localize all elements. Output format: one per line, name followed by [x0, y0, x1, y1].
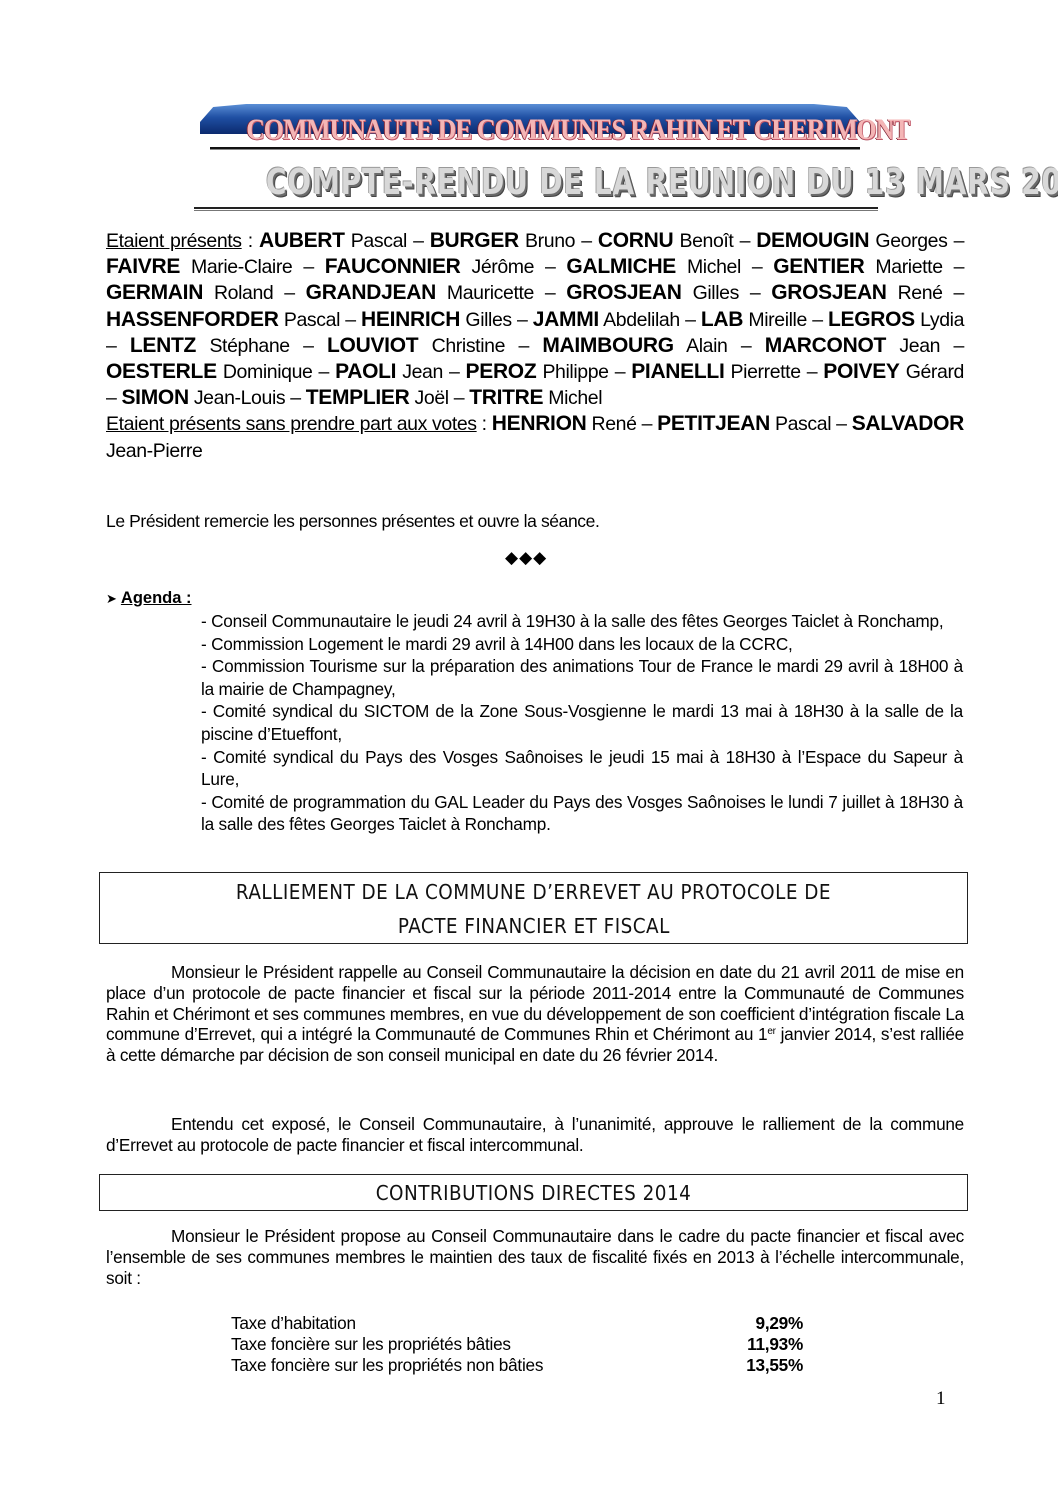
present-list: Etaient présents : AUBERT Pascal – BURGE…	[106, 230, 964, 409]
agenda-item: - Conseil Communautaire le jeudi 24 avri…	[201, 610, 963, 633]
banner-rule	[210, 147, 860, 150]
paragraph-text: Entendu cet exposé, le Conseil Communaut…	[106, 1114, 964, 1155]
organization-name: COMMUNAUTE DE COMMUNES RAHIN ET CHERIMON…	[246, 114, 814, 146]
paragraph-ralliement-context: Monsieur le Président rappelle au Consei…	[106, 962, 964, 1066]
paragraph-text: Monsieur le Président propose au Conseil…	[106, 1226, 964, 1288]
paragraph-contributions: Monsieur le Président propose au Conseil…	[106, 1226, 964, 1288]
attendee-name: BURGER Bruno	[430, 230, 575, 252]
tax-label: Taxe d’habitation	[231, 1313, 356, 1334]
document-title-banner: COMPTE-RENDU DE LA REUNION DU 13 MARS 20…	[190, 163, 880, 213]
opening-statement: Le Président remercie les personnes prés…	[106, 510, 599, 532]
section-title: CONTRIBUTIONS DIRECTES 2014	[376, 1175, 692, 1211]
attendee-name: FAIVRE Marie-Claire	[106, 256, 292, 278]
agenda-item: - Comité syndical du Pays des Vosges Saô…	[201, 746, 963, 791]
attendee-name: GRANDJEAN Mauricette	[306, 282, 534, 304]
attendee-name: GROSJEAN René	[771, 282, 942, 304]
attendee-name: OESTERLE Dominique	[106, 361, 312, 383]
attendee-name: GERMAIN Roland	[106, 282, 273, 304]
attendee-name: DEMOUGIN Georges	[756, 230, 947, 252]
tax-label: Taxe foncière sur les propriétés bâties	[231, 1334, 511, 1355]
agenda-item: - Commission Tourisme sur la préparation…	[201, 655, 963, 700]
attendee-name: PAOLI Jean	[335, 361, 443, 383]
attendee-name: LAB Mireille	[701, 309, 807, 331]
attendee-name: HENRION René	[492, 413, 637, 435]
attendee-name: PETITJEAN Pascal	[657, 413, 831, 435]
attendee-name: TEMPLIER Joël	[306, 387, 449, 409]
paragraph-ralliement-decision: Entendu cet exposé, le Conseil Communaut…	[106, 1114, 964, 1156]
document-title: COMPTE-RENDU DE LA REUNION DU 13 MARS 20…	[266, 163, 804, 203]
agenda-list: - Conseil Communautaire le jeudi 24 avri…	[201, 610, 963, 836]
attendee-name: FAUCONNIER Jérôme	[325, 256, 534, 278]
page-number: 1	[936, 1388, 946, 1410]
tax-label: Taxe foncière sur les propriétés non bât…	[231, 1355, 543, 1376]
section-title-line: PACTE FINANCIER ET FISCAL	[397, 909, 669, 943]
attendee-name: PIANELLI Pierrette	[631, 361, 800, 383]
diamond-separator-icon: ◆◆◆	[505, 548, 547, 568]
superscript: er	[767, 1026, 775, 1037]
tax-rates-table: Taxe d’habitation 9,29% Taxe foncière su…	[231, 1313, 803, 1375]
section-heading-contributions: CONTRIBUTIONS DIRECTES 2014	[99, 1174, 968, 1211]
section-heading-ralliement: RALLIEMENT DE LA COMMUNE D’ERREVET AU PR…	[99, 872, 968, 944]
tax-rate: 9,29%	[756, 1313, 803, 1334]
attendance-block: Etaient présents : AUBERT Pascal – BURGE…	[106, 228, 964, 464]
attendee-name: HEINRICH Gilles	[361, 309, 512, 331]
attendee-name: SIMON Jean-Louis	[121, 387, 285, 409]
attendee-name: LEGROS Lydia	[828, 309, 964, 331]
attendee-name: GROSJEAN Gilles	[566, 282, 739, 304]
attendee-name: JAMMI Abdelilah	[533, 309, 680, 331]
arrow-bullet-icon: ➤	[106, 591, 117, 606]
tax-row: Taxe foncière sur les propriétés non bât…	[231, 1355, 803, 1376]
attendee-name: HASSENFORDER Pascal	[106, 309, 340, 331]
attendee-name: GENTIER Mariette	[773, 256, 942, 278]
attendee-name: TRITRE Michel	[469, 387, 602, 409]
attendee-name: PEROZ Philippe	[466, 361, 609, 383]
attendance-label: Etaient présents sans prendre part aux v…	[106, 413, 477, 435]
agenda-item: - Commission Logement le mardi 29 avril …	[201, 633, 963, 656]
attendee-name: LENTZ Stéphane	[130, 335, 290, 357]
nonvoting-list: Etaient présents sans prendre part aux v…	[106, 413, 964, 461]
section-title-line: RALLIEMENT DE LA COMMUNE D’ERREVET AU PR…	[236, 875, 831, 909]
organization-banner: COMMUNAUTE DE COMMUNES RAHIN ET CHERIMON…	[200, 104, 860, 150]
tax-rate: 11,93%	[747, 1334, 803, 1355]
attendee-name: AUBERT Pascal	[259, 230, 407, 252]
agenda-label: Agenda :	[121, 589, 192, 607]
attendance-label: Etaient présents	[106, 230, 242, 252]
attendee-name: MAIMBOURG Alain	[542, 335, 727, 357]
tax-rate: 13,55%	[746, 1355, 803, 1376]
attendee-name: CORNU Benoît	[598, 230, 734, 252]
tax-row: Taxe foncière sur les propriétés bâties …	[231, 1334, 803, 1355]
title-rule	[194, 207, 878, 211]
agenda-item: - Comité syndical du SICTOM de la Zone S…	[201, 700, 963, 745]
attendee-name: POIVEY Gérard	[823, 361, 964, 383]
attendee-name: MARCONOT Jean	[765, 335, 940, 357]
agenda-heading: ➤Agenda :	[106, 589, 192, 608]
tax-row: Taxe d’habitation 9,29%	[231, 1313, 803, 1334]
agenda-item: - Comité de programmation du GAL Leader …	[201, 791, 963, 836]
attendee-name: LOUVIOT Christine	[327, 335, 505, 357]
attendee-name: GALMICHE Michel	[566, 256, 740, 278]
